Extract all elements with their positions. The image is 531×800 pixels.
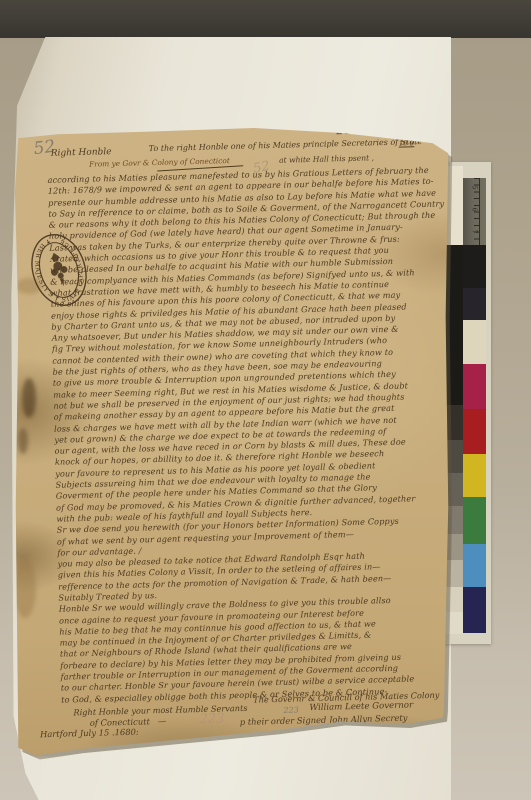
patch-white (463, 320, 486, 364)
photo-background-band (0, 0, 531, 38)
salutation: Right Honble (51, 147, 112, 159)
address-heading: To the right Honble one of his Maties pr… (149, 137, 423, 153)
patch-green (463, 497, 486, 544)
signature-governor: William Leete Governor (309, 700, 413, 713)
patch-black (463, 245, 486, 288)
archival-photo: 5 6 7 ✝ HER MAJESTY'S ✝ STATE PAPER OFFI… (0, 0, 531, 800)
manuscript-page: ✝ HER MAJESTY'S ✝ STATE PAPER OFFICE 52 … (14, 128, 450, 758)
color-patch-column (463, 245, 486, 633)
ruler-number: 5 (471, 186, 478, 190)
page-number-bottom-ghost: 223 (199, 711, 224, 727)
patch-magenta (463, 364, 486, 409)
patch-red (463, 409, 486, 454)
handwritten-text-layer: 52 223 10 9 Right Honble To the right Ho… (6, 117, 458, 758)
letter-body: according to his Maties pleasure manefes… (47, 164, 461, 705)
ruler-number: 7 (471, 230, 478, 234)
ruler-number: 6 (471, 208, 478, 212)
patch-cyan-blue (463, 544, 486, 587)
page-number-bottom-pencil: 223 (283, 705, 299, 714)
patch-dark-gray (463, 288, 486, 320)
place-line: at white Hall this psent , (279, 153, 374, 164)
dateline: Hartford July 15 .1680: (40, 727, 139, 740)
ruler-patch: 5 6 7 (463, 178, 486, 245)
patch-yellow (463, 454, 486, 497)
patch-navy-blue (463, 587, 486, 633)
